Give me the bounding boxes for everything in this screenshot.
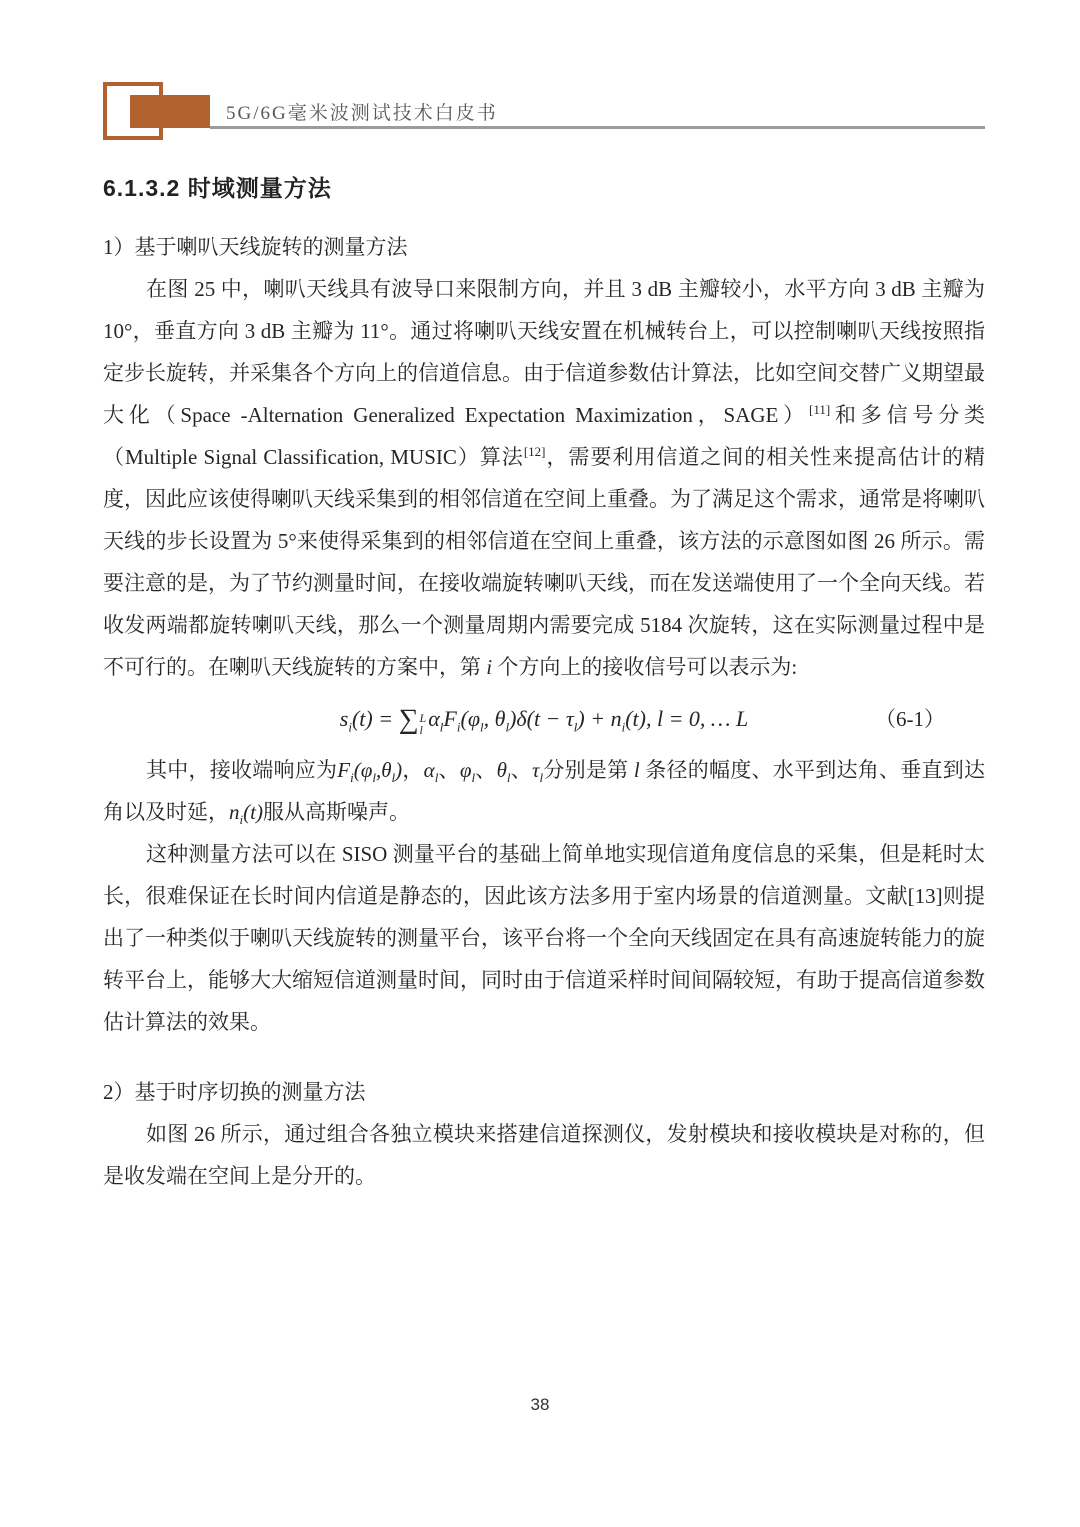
body-text: 1）基于喇叭天线旋转的测量方法 在图 25 中，喇叭天线具有波导口来限制方向，并… [103,226,985,1197]
eq-term: )δ(t − τ [509,706,574,731]
list-item-2-heading: 2）基于时序切换的测量方法 [103,1071,985,1113]
sigma-sum-symbol: ∑ [399,704,419,735]
eq-term: (t), l = 0, … L [625,706,748,731]
eq-term: ) + n [577,706,621,731]
header-divider-rule [210,126,985,129]
page-number: 38 [0,1395,1080,1415]
sigma-limits: Ll [420,712,427,736]
eq-term: , θ [484,706,506,731]
eq-term: α [428,706,440,731]
horn-antenna-paragraph: 在图 25 中，喇叭天线具有波导口来限制方向，并且 3 dB 主瓣较小，水平方向… [103,268,985,688]
equation-number: （6-1） [875,702,945,736]
eq-term: F [443,706,456,731]
list-item-1-heading: 1）基于喇叭天线旋转的测量方法 [103,226,985,268]
equation-explanation-paragraph: 其中，接收端响应为Fi(φl,θl)，αl、φl、θl、τl分别是第 l 条径的… [103,749,985,833]
document-page: 5G/6G毫米波测试技术白皮书 6.1.3.2 时域测量方法 1）基于喇叭天线旋… [0,0,1080,1527]
time-switching-paragraph: 如图 26 所示，通过组合各独立模块来搭建信道探测仪，发射模块和接收模块是对称的… [103,1113,985,1197]
sigma-lower-limit: l [420,724,423,736]
equation-6-1: si(t) = ∑LlαlFi(φl, θl)δ(t − τl) + ni(t)… [103,702,985,737]
eq-term: (φ [461,706,481,731]
header-booklet-title: 5G/6G毫米波测试技术白皮书 [226,98,498,125]
section-heading: 6.1.3.2 时域测量方法 [103,170,332,203]
whitepaper-logo-mark [130,95,210,128]
siso-platform-paragraph: 这种测量方法可以在 SISO 测量平台的基础上简单地实现信道角度信息的采集，但是… [103,833,985,1043]
eq-term: (t) = [352,706,399,731]
